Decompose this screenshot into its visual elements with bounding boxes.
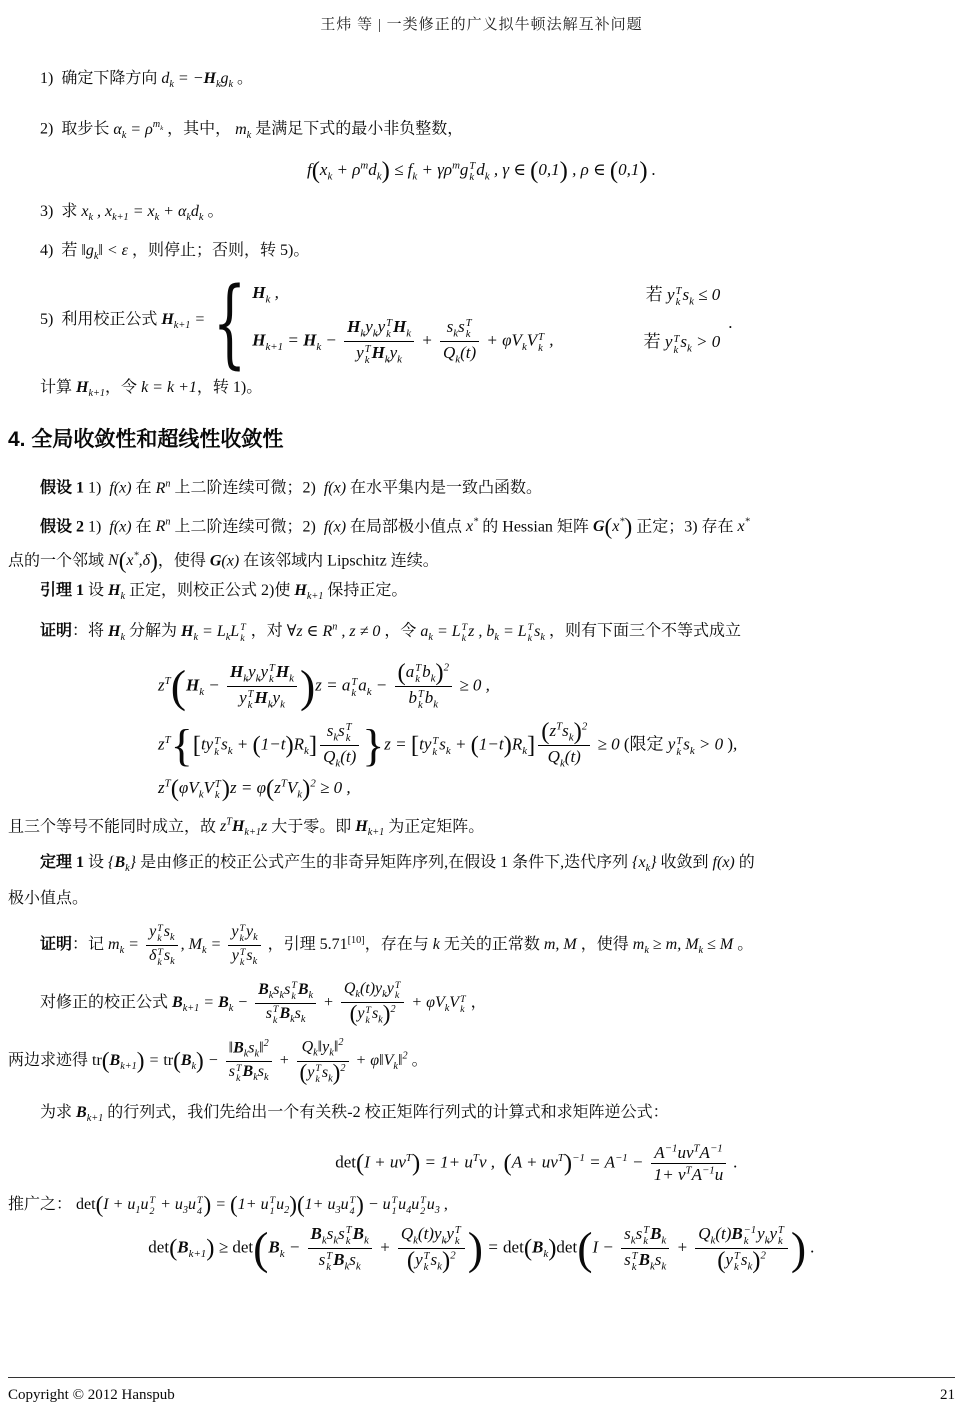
- case-row-1: Hk , 若 yTksk ≤ 0: [252, 280, 720, 308]
- case-2-condition: 若 yTksk > 0: [644, 327, 721, 355]
- determinant-identities: det(I + uvT) = 1+ uTv , (A + uvT)−1 = A−…: [8, 1142, 955, 1186]
- lemma-1: 引理 1 设 Hk 正定，则校正公式 2)使 Hk+1 保持正定。: [40, 576, 955, 612]
- cases-block: Hk , 若 yTksk ≤ 0 Hk+1 = Hk − HkykyTkHkyT…: [252, 280, 720, 367]
- running-header: 王炜 等 | 一类修正的广义拟牛顿法解互补问题: [0, 0, 963, 34]
- algorithm-step-1: 1) 确定下降方向 dk = −Hkgk 。: [40, 64, 955, 100]
- step-5-label: 5) 利用校正公式 Hk+1 =: [40, 305, 205, 341]
- algorithm-step-5: 5) 利用校正公式 Hk+1 = { Hk , 若 yTksk ≤ 0 Hk+1…: [40, 280, 955, 367]
- page-footer: Copyright © 2012 Hanspub 21: [8, 1377, 955, 1414]
- assumption-2-line-2: 点的一个邻域 N(x*,δ)，使得 G(x) 在该邻域内 Lipschitz 连…: [8, 542, 955, 576]
- trace-formula: 两边求迹得 tr(Bk+1) = tr(Bk) − ‖Bksk‖2sTkBksk…: [8, 1037, 955, 1085]
- positive-definite-conclusion: 且三个等号不能同时成立，故 zTHk+1z 大于零。即 Hk+1 为正定矩阵。: [8, 808, 955, 849]
- inequality-1: zT(Hk − HkykyTkHkyTkHkyk)z = aTkak − (aT…: [158, 661, 955, 712]
- algorithm-step-3: 3) 求 xk , xk+1 = xk + αkdk 。: [40, 197, 955, 233]
- theorem-1-line-2: 极小值点。: [8, 884, 955, 914]
- inequality-3: zT(φVkVTk)z = φ(zTVk)2 ≥ 0 ,: [158, 777, 955, 802]
- algorithm-step-2: 2) 取步长 αk = ρmk ，其中， mk 是满足下式的最小非负整数，: [40, 110, 955, 151]
- page-body: 1) 确定下降方向 dk = −Hkgk 。 2) 取步长 αk = ρmk ，…: [0, 64, 963, 1274]
- section-heading: 4. 全局收敛性和超线性收敛性: [8, 427, 955, 453]
- proof-theorem-1: 证明：记 mk = yTkskδTksk, Mk = yTkykyTksk ，引…: [40, 922, 955, 969]
- determinant-intro: 为求 Bk+1 的行列式，我们先给出一个有关秩-2 校正矩阵行列式的计算式和求矩…: [40, 1098, 955, 1134]
- case-1-formula: Hk ,: [252, 283, 279, 305]
- case-1-condition: 若 yTksk ≤ 0: [646, 280, 720, 308]
- b-update-formula: 对修正的校正公式 Bk+1 = Bk − BksksTkBksTkBksk + …: [40, 979, 955, 1027]
- footer-copyright: Copyright © 2012 Hanspub: [8, 1387, 175, 1404]
- proof-lemma-1: 证明：将 Hk 分解为 Hk = LkLTk ，对 ∀z ∈ Rn , z ≠ …: [40, 612, 955, 653]
- inequality-2: zT{[tyTksk + (1−t)Rk]sksTkQk(t)}z = [tyT…: [158, 720, 955, 771]
- footer-page-number: 21: [940, 1387, 955, 1404]
- cases-brace: {: [213, 280, 247, 366]
- algorithm-step-5-end: 计算 Hk+1，令 k = k +1，转 1)。: [40, 373, 955, 409]
- assumption-1: 假设 1 1) f(x) 在 Rn 上二阶连续可微；2) f(x) 在水平集内是…: [40, 469, 955, 503]
- cases-period: .: [728, 313, 732, 333]
- step-2-formula: f(xk + ρmdk) ≤ fk + γρmgTkdk , γ ∈ (0,1)…: [8, 159, 955, 184]
- case-2-formula: Hk+1 = Hk − HkykyTkHkyTkHkyk + sksTkQk(t…: [252, 316, 553, 367]
- determinant-bound: det(Bk+1) ≥ det(Bk − BksksTkBksTkBksk + …: [8, 1223, 955, 1274]
- case-row-2: Hk+1 = Hk − HkykyTkHkyTkHkyk + sksTkQk(t…: [252, 316, 720, 367]
- paper-page: 王炜 等 | 一类修正的广义拟牛顿法解互补问题 1) 确定下降方向 dk = −…: [0, 0, 963, 1414]
- determinant-generalization: 推广之： det(I + u1uT2 + u3uT4) = (1+ uT1u2)…: [8, 1194, 955, 1218]
- theorem-1-line-1: 定理 1 设 {Bk} 是由修正的校正公式产生的非奇异矩阵序列,在假设 1 条件…: [40, 848, 955, 884]
- assumption-2-line-1: 假设 2 1) f(x) 在 Rn 上二阶连续可微；2) f(x) 在局部极小值…: [40, 508, 955, 542]
- algorithm-step-4: 4) 若 ‖gk‖ < ε ，则停止；否则，转 5)。: [40, 236, 955, 272]
